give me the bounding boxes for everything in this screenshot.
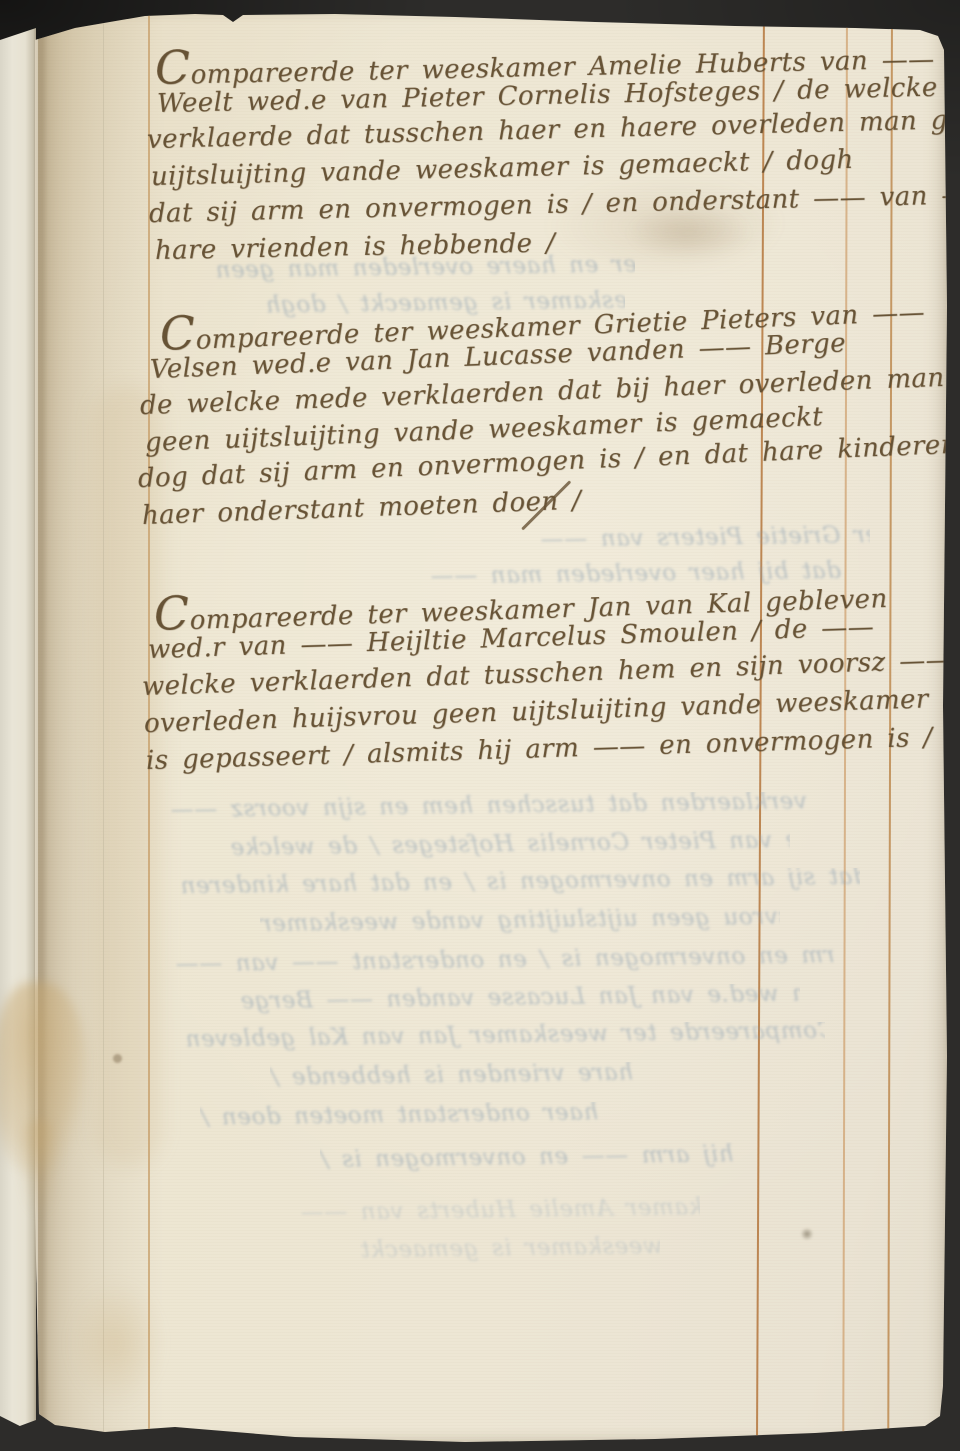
bleedthrough-text: Compareerde ter weeskamer Grietie Pieter…	[540, 522, 870, 556]
bleedthrough-text: dog dat sij arm en onvermogen is / en da…	[180, 868, 860, 902]
bleedthrough-text: welcke verklaerden dat tusschen hem en s…	[170, 792, 810, 826]
manuscript-page: verklaerde dat tusschen haer en haere ov…	[35, 6, 948, 1444]
bleedthrough-text: haer onderstant moeten doen /	[200, 1102, 800, 1136]
bleedthrough-text: overleden huijsvrou geen uijtsluijting v…	[260, 906, 780, 940]
right-margin-rule-line-1	[756, 6, 765, 1444]
fold-crease-shadow	[38, 6, 45, 1444]
bleedthrough-text: Weelt wed.e van Pieter Cornelis Hofstege…	[230, 830, 790, 864]
bleedthrough-text: Velsen wed.e van Jan Lucasse vanden —— B…	[240, 984, 800, 1018]
bleedthrough-text: dat sij arm en onvermogen is / en onders…	[175, 946, 835, 980]
bleedthrough-text: Compareerde ter weeskamer Jan van Kal ge…	[185, 1022, 825, 1056]
manuscript-scan: verklaerde dat tusschen haer en haere ov…	[0, 0, 960, 1451]
verso-margin-rule-showthrough	[103, 6, 104, 1444]
previous-page-edge	[0, 24, 36, 1426]
manuscript-line: haer onderstant moeten doen /	[141, 486, 581, 531]
bleedthrough-text: hare vrienden is hebbende /	[270, 1062, 770, 1096]
bleedthrough-text: geen uijtsluijting vande weeskamer is ge…	[360, 1233, 660, 1267]
bleedthrough-text: is gepasseert / alsmits hij arm —— en on…	[320, 1142, 740, 1176]
stain	[800, 1228, 814, 1240]
bleedthrough-text: Compareerde ter weeskamer Amelie Huberts…	[300, 1195, 700, 1229]
